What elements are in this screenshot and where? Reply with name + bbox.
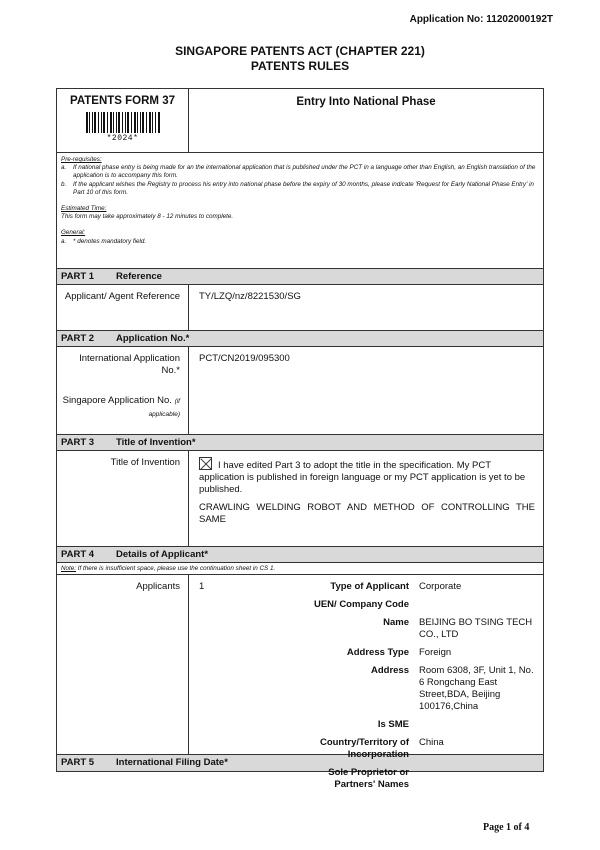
- part-number: PART 2: [61, 331, 116, 346]
- barcode-text: *2024*: [57, 134, 188, 143]
- part-title: International Filing Date*: [116, 755, 228, 771]
- item-letter: a.: [61, 238, 73, 246]
- applicant-index: 1: [199, 581, 309, 593]
- part-number: PART 5: [61, 755, 116, 771]
- intl-application-value: PCT/CN2019/095300: [199, 353, 535, 365]
- field-value: Foreign: [419, 647, 535, 659]
- intl-application-label: International Application No.*: [61, 353, 180, 377]
- item-letter: a.: [61, 164, 73, 180]
- title-line-2: PATENTS RULES: [0, 59, 600, 74]
- field-value: [419, 767, 535, 791]
- part-4-header: PART 4 Details of Applicant*: [57, 547, 543, 563]
- field-label: UEN/ Company Code: [309, 599, 419, 611]
- applicant-index: [199, 665, 309, 713]
- item-text: * denotes mandatory field.: [73, 238, 146, 246]
- general-heading: General:: [61, 229, 539, 237]
- field-value: [419, 599, 535, 611]
- sg-label-text: Singapore Application No.: [63, 395, 172, 406]
- applicant-index: [199, 617, 309, 641]
- item-text: If the applicant wishes the Registry to …: [73, 181, 539, 197]
- form-number: PATENTS FORM 37: [57, 95, 188, 107]
- sg-application-label: Singapore Application No. (if applicable…: [61, 395, 180, 421]
- title-line-1: SINGAPORE PATENTS ACT (CHAPTER 221): [0, 44, 600, 59]
- general-item: a. * denotes mandatory field.: [61, 238, 539, 246]
- reference-label: Applicant/ Agent Reference: [57, 285, 189, 330]
- part-number: PART 4: [61, 547, 116, 562]
- document-title: SINGAPORE PATENTS ACT (CHAPTER 221) PATE…: [0, 44, 600, 74]
- applicant-fields: 1Type of ApplicantCorporateUEN/ Company …: [199, 581, 535, 791]
- reference-row: Applicant/ Agent Reference TY/LZQ/nz/822…: [57, 285, 543, 331]
- title-of-invention-row: Title of Invention I have edited Part 3 …: [57, 451, 543, 547]
- field-label: Sole Proprietor or Partners' Names: [309, 767, 419, 791]
- reference-value: TY/LZQ/nz/8221530/SG: [189, 285, 543, 330]
- title-value: I have edited Part 3 to adopt the title …: [189, 451, 543, 546]
- form-title: Entry Into National Phase: [189, 89, 543, 152]
- field-value: Corporate: [419, 581, 535, 593]
- application-number-label: Application No:: [410, 14, 484, 25]
- part-title: Details of Applicant*: [116, 547, 208, 562]
- estimated-time-heading: Estimated Time:: [61, 205, 539, 213]
- edited-title-option: I have edited Part 3 to adopt the title …: [199, 457, 535, 496]
- part-1-header: PART 1 Reference: [57, 269, 543, 285]
- field-value: China: [419, 737, 535, 761]
- instructions-section: Pre-requisites: a. If national phase ent…: [57, 153, 543, 269]
- applicants-label: Applicants: [57, 575, 189, 754]
- note-label: Note:: [61, 565, 76, 572]
- prerequisites-heading: Pre-requisites:: [61, 156, 539, 164]
- applicant-index: [199, 599, 309, 611]
- page-number: Page 1 of 4: [483, 822, 529, 833]
- field-label: Name: [309, 617, 419, 641]
- application-values: PCT/CN2019/095300: [189, 347, 543, 434]
- part-4-note: Note: If there is insufficient space, pl…: [57, 563, 543, 575]
- estimated-time-text: This form may take approximately 8 - 12 …: [61, 213, 539, 221]
- applicant-index: [199, 719, 309, 731]
- field-label: Type of Applicant: [309, 581, 419, 593]
- field-value: BEIJING BO TSING TECH CO., LTD: [419, 617, 535, 641]
- patents-form: PATENTS FORM 37 *2024* Entry Into Nation…: [56, 88, 544, 772]
- applicant-index: [199, 647, 309, 659]
- field-label: Address: [309, 665, 419, 713]
- application-labels: International Application No.* Singapore…: [57, 347, 189, 434]
- prerequisite-item: a. If national phase entry is being made…: [61, 164, 539, 180]
- invention-title: CRAWLING WELDING ROBOT AND METHOD OF CON…: [199, 502, 535, 526]
- field-label: Country/Territory of Incorporation: [309, 737, 419, 761]
- barcode-icon: [86, 112, 160, 133]
- applicants-row: Applicants 1Type of ApplicantCorporateUE…: [57, 575, 543, 755]
- part-title: Title of Invention*: [116, 435, 196, 450]
- part-number: PART 3: [61, 435, 116, 450]
- part-2-header: PART 2 Application No.*: [57, 331, 543, 347]
- prerequisite-item: b. If the applicant wishes the Registry …: [61, 181, 539, 197]
- application-number-row: International Application No.* Singapore…: [57, 347, 543, 435]
- part-title: Application No.*: [116, 331, 189, 346]
- item-letter: b.: [61, 181, 73, 197]
- part-number: PART 1: [61, 269, 116, 284]
- application-number: Application No: 11202000192T: [410, 14, 553, 25]
- checkbox-checked-icon[interactable]: [199, 457, 212, 470]
- field-label: Address Type: [309, 647, 419, 659]
- part-title: Reference: [116, 269, 162, 284]
- checkbox-text: I have edited Part 3 to adopt the title …: [199, 460, 525, 495]
- item-text: If national phase entry is being made fo…: [73, 164, 539, 180]
- application-number-value: 11202000192T: [486, 14, 553, 25]
- form-id-cell: PATENTS FORM 37 *2024*: [57, 89, 189, 152]
- applicant-details: 1Type of ApplicantCorporateUEN/ Company …: [189, 575, 543, 754]
- form-header: PATENTS FORM 37 *2024* Entry Into Nation…: [57, 89, 543, 153]
- field-value: [419, 719, 535, 731]
- part-3-header: PART 3 Title of Invention*: [57, 435, 543, 451]
- field-label: Is SME: [309, 719, 419, 731]
- title-label: Title of Invention: [57, 451, 189, 546]
- field-value: Room 6308, 3F, Unit 1, No. 6 Rongchang E…: [419, 665, 535, 713]
- note-text: If there is insufficient space, please u…: [76, 565, 275, 572]
